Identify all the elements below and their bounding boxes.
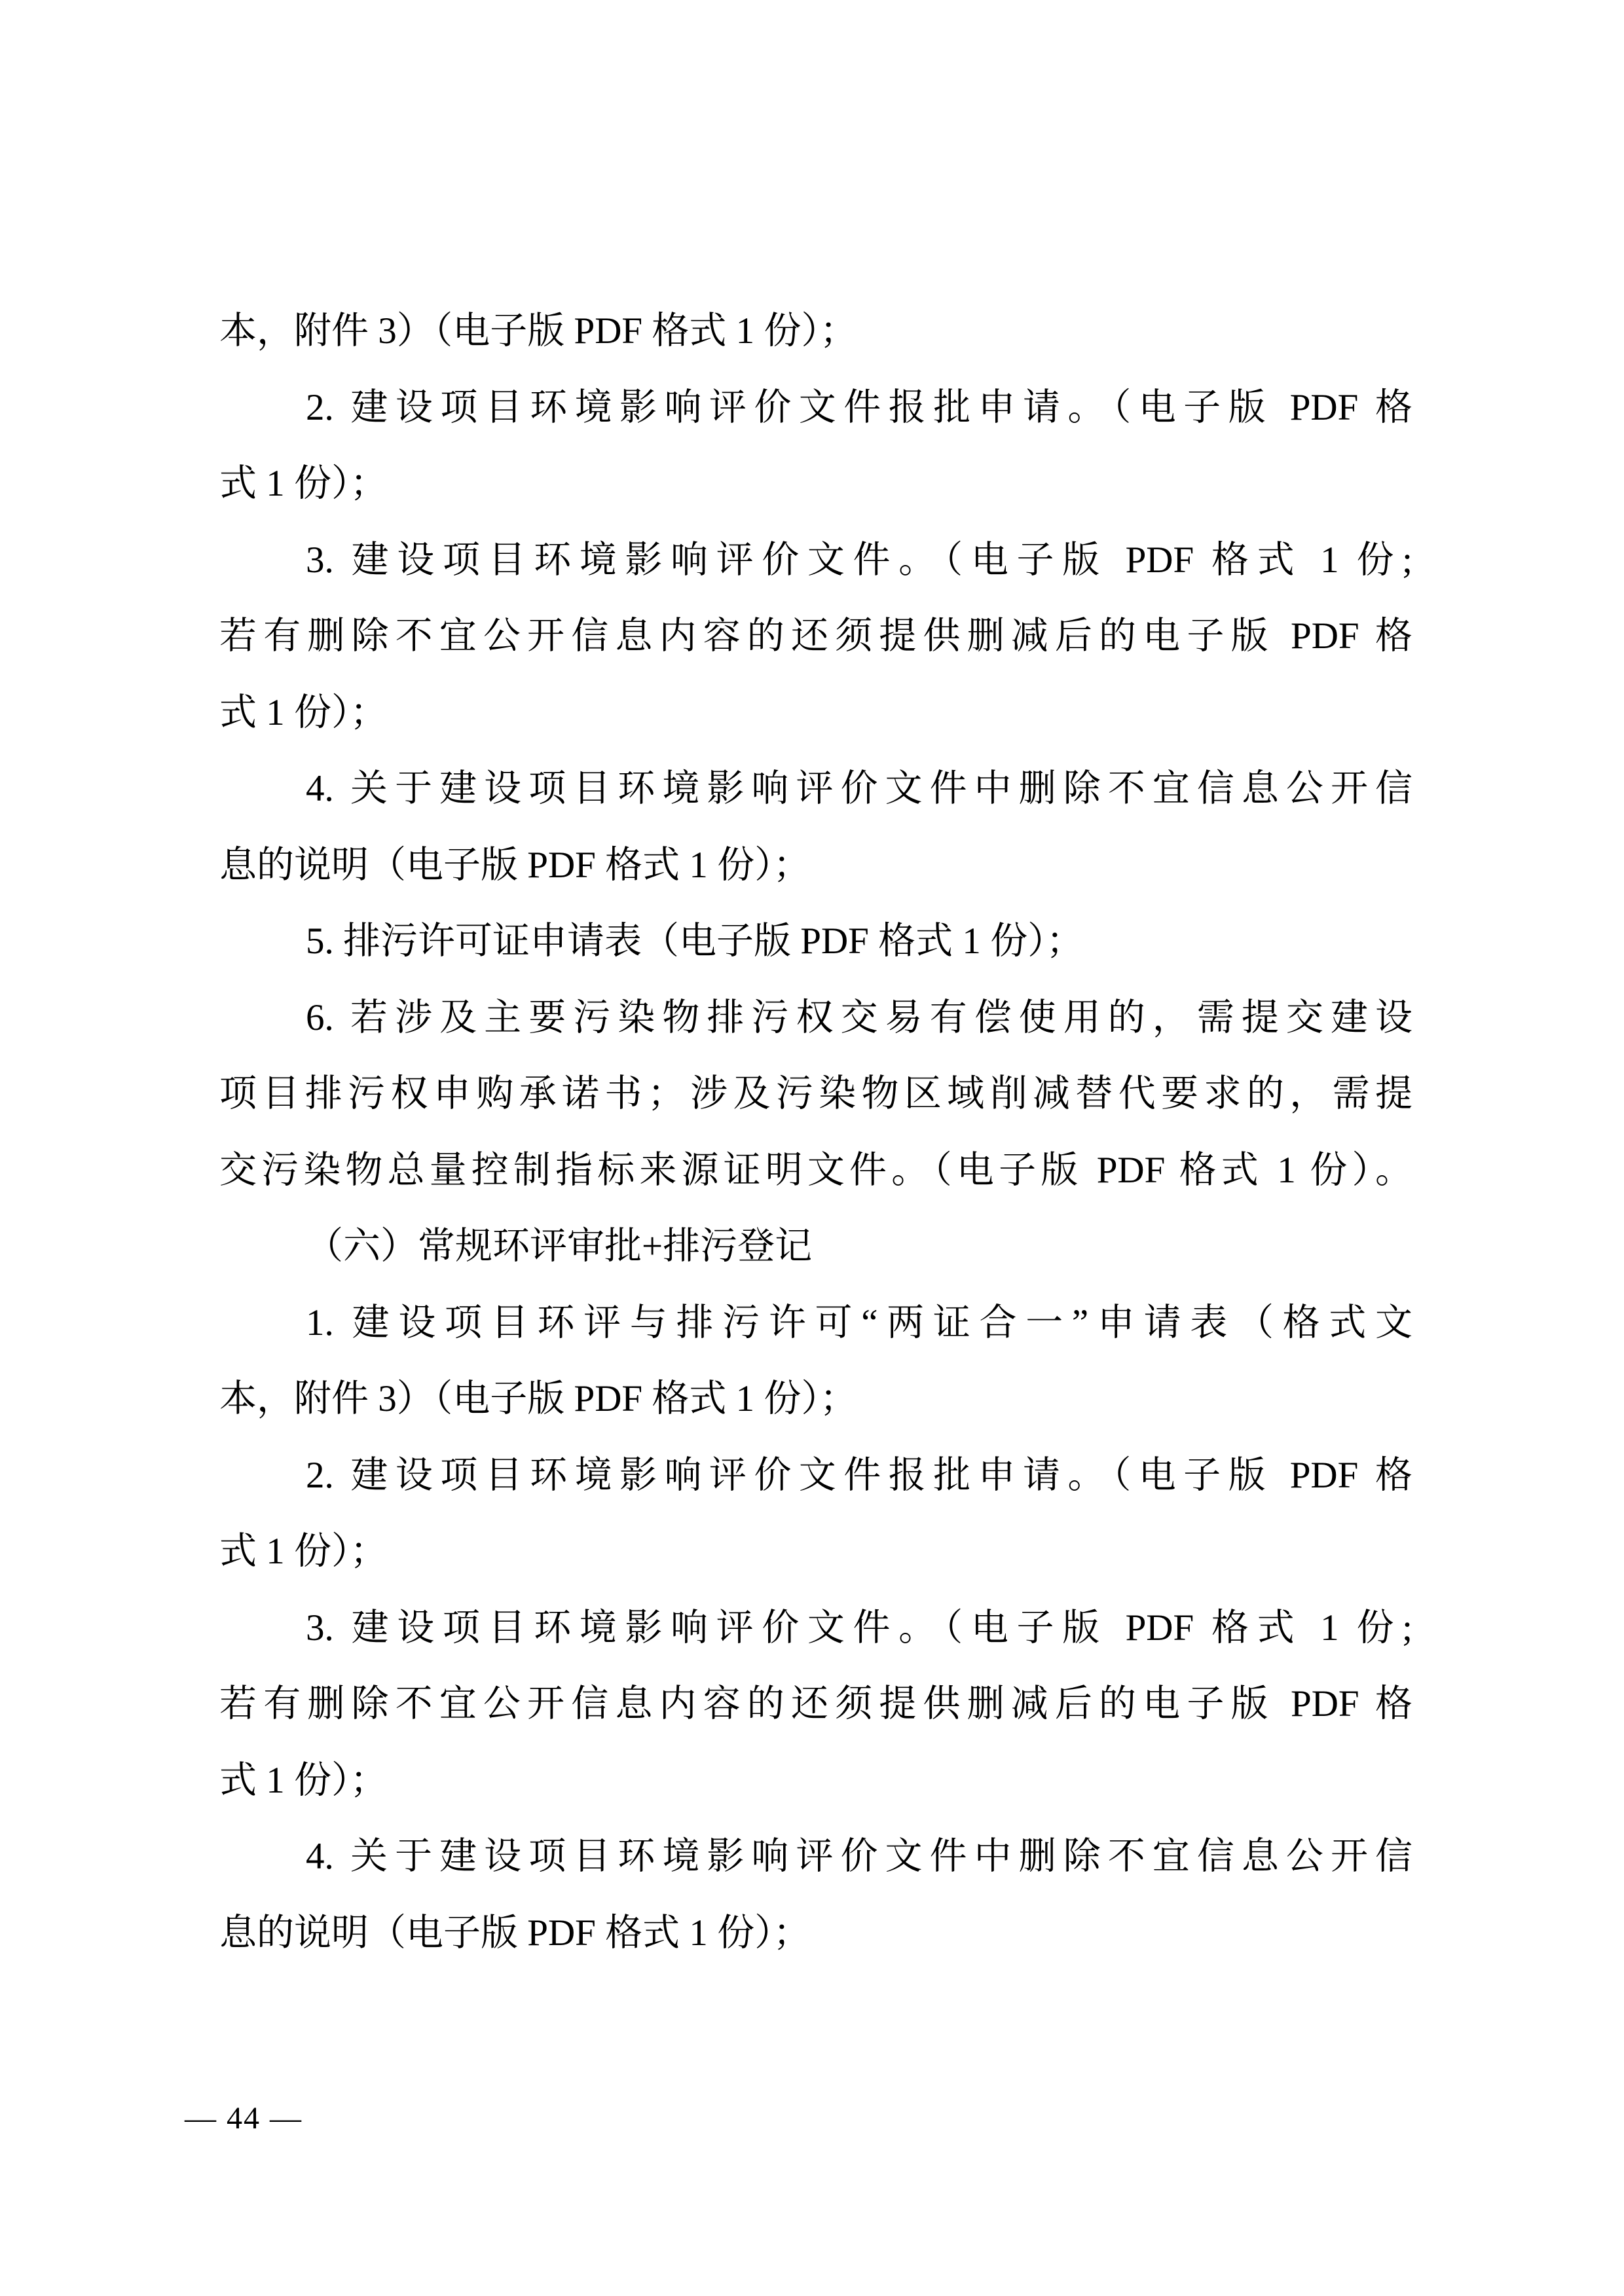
text-line: 项目排污权申购承诺书；涉及污染物区域削减替代要求的，需提	[219, 1056, 1412, 1133]
text-line: 6. 若涉及主要污染物排污权交易有偿使用的，需提交建设	[219, 980, 1412, 1057]
text-line: 式 1 份）；	[219, 675, 1412, 752]
text-line: 4. 关于建设项目环境影响评价文件中删除不宜信息公开信	[219, 1819, 1412, 1895]
text-line: 本，附件 3）（电子版 PDF 格式 1 份）；	[219, 1361, 1412, 1438]
text-line: （六）常规环评审批+排污登记	[219, 1209, 1412, 1285]
text-line: 2. 建设项目环境影响评价文件报批申请。（电子版 PDF 格	[219, 1438, 1412, 1514]
text-line: 交污染物总量控制指标来源证明文件。（电子版 PDF 格式 1 份）。	[219, 1133, 1412, 1209]
text-line: 息的说明（电子版 PDF 格式 1 份）；	[219, 828, 1412, 904]
document-body: 本，附件 3）（电子版 PDF 格式 1 份）；2. 建设项目环境影响评价文件报…	[219, 293, 1412, 1971]
document-page: 本，附件 3）（电子版 PDF 格式 1 份）；2. 建设项目环境影响评价文件报…	[0, 0, 1624, 2296]
text-line: 2. 建设项目环境影响评价文件报批申请。（电子版 PDF 格	[219, 370, 1412, 446]
text-line: 1. 建设项目环评与排污许可“两证合一”申请表（格式文	[219, 1285, 1412, 1362]
text-line: 5. 排污许可证申请表（电子版 PDF 格式 1 份）；	[219, 903, 1412, 980]
text-line: 若有删除不宜公开信息内容的还须提供删减后的电子版 PDF 格	[219, 598, 1412, 675]
text-line: 本，附件 3）（电子版 PDF 格式 1 份）；	[219, 293, 1412, 370]
text-line: 4. 关于建设项目环境影响评价文件中删除不宜信息公开信	[219, 751, 1412, 828]
text-line: 3. 建设项目环境影响评价文件。（电子版 PDF 格式 1 份;	[219, 1590, 1412, 1667]
text-line: 式 1 份）；	[219, 1514, 1412, 1590]
text-line: 息的说明（电子版 PDF 格式 1 份）；	[219, 1895, 1412, 1972]
text-line: 式 1 份）；	[219, 1743, 1412, 1819]
text-line: 3. 建设项目环境影响评价文件。（电子版 PDF 格式 1 份;	[219, 522, 1412, 599]
text-line: 若有删除不宜公开信息内容的还须提供删减后的电子版 PDF 格	[219, 1666, 1412, 1743]
page-number: — 44 —	[185, 2099, 303, 2138]
text-line: 式 1 份）；	[219, 446, 1412, 522]
